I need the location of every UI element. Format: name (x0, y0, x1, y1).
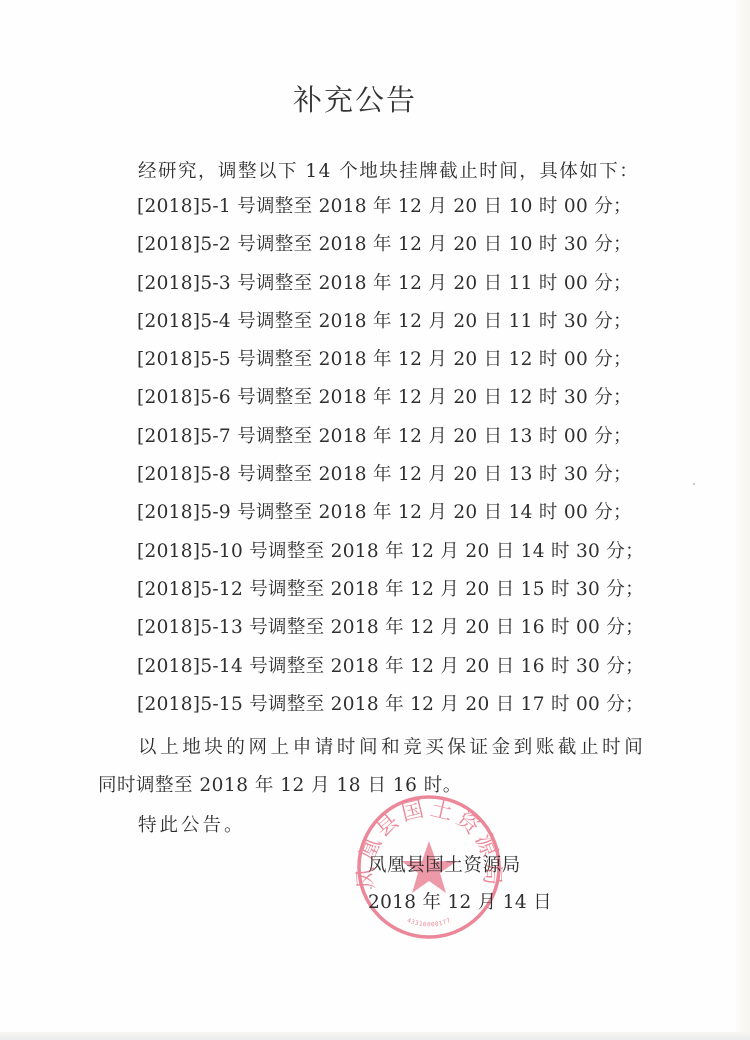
issuing-authority: 凤凰县国土资源局 (368, 856, 521, 876)
list-item: [2018]5-8 号调整至 2018 年 12 月 20 日 13 时 30 … (137, 465, 644, 503)
document-body: 补充公告 经研究，调整以下 14 个地块挂牌截止时间，具体如下： [2018]5… (0, 0, 750, 1040)
parcel-schedule-list: [2018]5-1 号调整至 2018 年 12 月 20 日 10 时 00 … (137, 197, 644, 733)
scan-speck (370, 887, 372, 889)
list-item: [2018]5-13 号调整至 2018 年 12 月 20 日 16 时 00… (137, 618, 644, 656)
list-item: [2018]5-3 号调整至 2018 年 12 月 20 日 11 时 00 … (137, 274, 644, 312)
list-item: [2018]5-5 号调整至 2018 年 12 月 20 日 12 时 00 … (137, 350, 644, 388)
list-item: [2018]5-7 号调整至 2018 年 12 月 20 日 13 时 00 … (137, 427, 644, 465)
closing-remark: 特此公告。 (138, 816, 246, 836)
document-page: 凤凰县国土资源局 43310000177 补充公告 经研究，调整以下 14 个地… (0, 0, 750, 1040)
list-item: [2018]5-1 号调整至 2018 年 12 月 20 日 10 时 00 … (137, 197, 644, 235)
intro-paragraph: 经研究，调整以下 14 个地块挂牌截止时间，具体如下： (138, 162, 639, 182)
list-item: [2018]5-14 号调整至 2018 年 12 月 20 日 16 时 30… (137, 657, 644, 695)
list-item: [2018]5-2 号调整至 2018 年 12 月 20 日 10 时 30 … (137, 235, 644, 273)
list-item: [2018]5-15 号调整至 2018 年 12 月 20 日 17 时 00… (137, 695, 644, 733)
closing-paragraph-line1: 以上地块的网上申请时间和竞买保证金到账截止时间 (138, 738, 646, 758)
list-item: [2018]5-9 号调整至 2018 年 12 月 20 日 14 时 00 … (137, 503, 644, 541)
closing-paragraph-line2: 同时调整至 2018 年 12 月 18 日 16 时。 (98, 776, 462, 796)
list-item: [2018]5-12 号调整至 2018 年 12 月 20 日 15 时 30… (137, 580, 644, 618)
scan-speck (693, 483, 695, 485)
list-item: [2018]5-6 号调整至 2018 年 12 月 20 日 12 时 30 … (137, 388, 644, 426)
list-item: [2018]5-4 号调整至 2018 年 12 月 20 日 11 时 30 … (137, 312, 644, 350)
issue-date: 2018 年 12 月 14 日 (368, 893, 552, 913)
document-title: 补充公告 (0, 78, 710, 119)
list-item: [2018]5-10 号调整至 2018 年 12 月 20 日 14 时 30… (137, 542, 644, 580)
